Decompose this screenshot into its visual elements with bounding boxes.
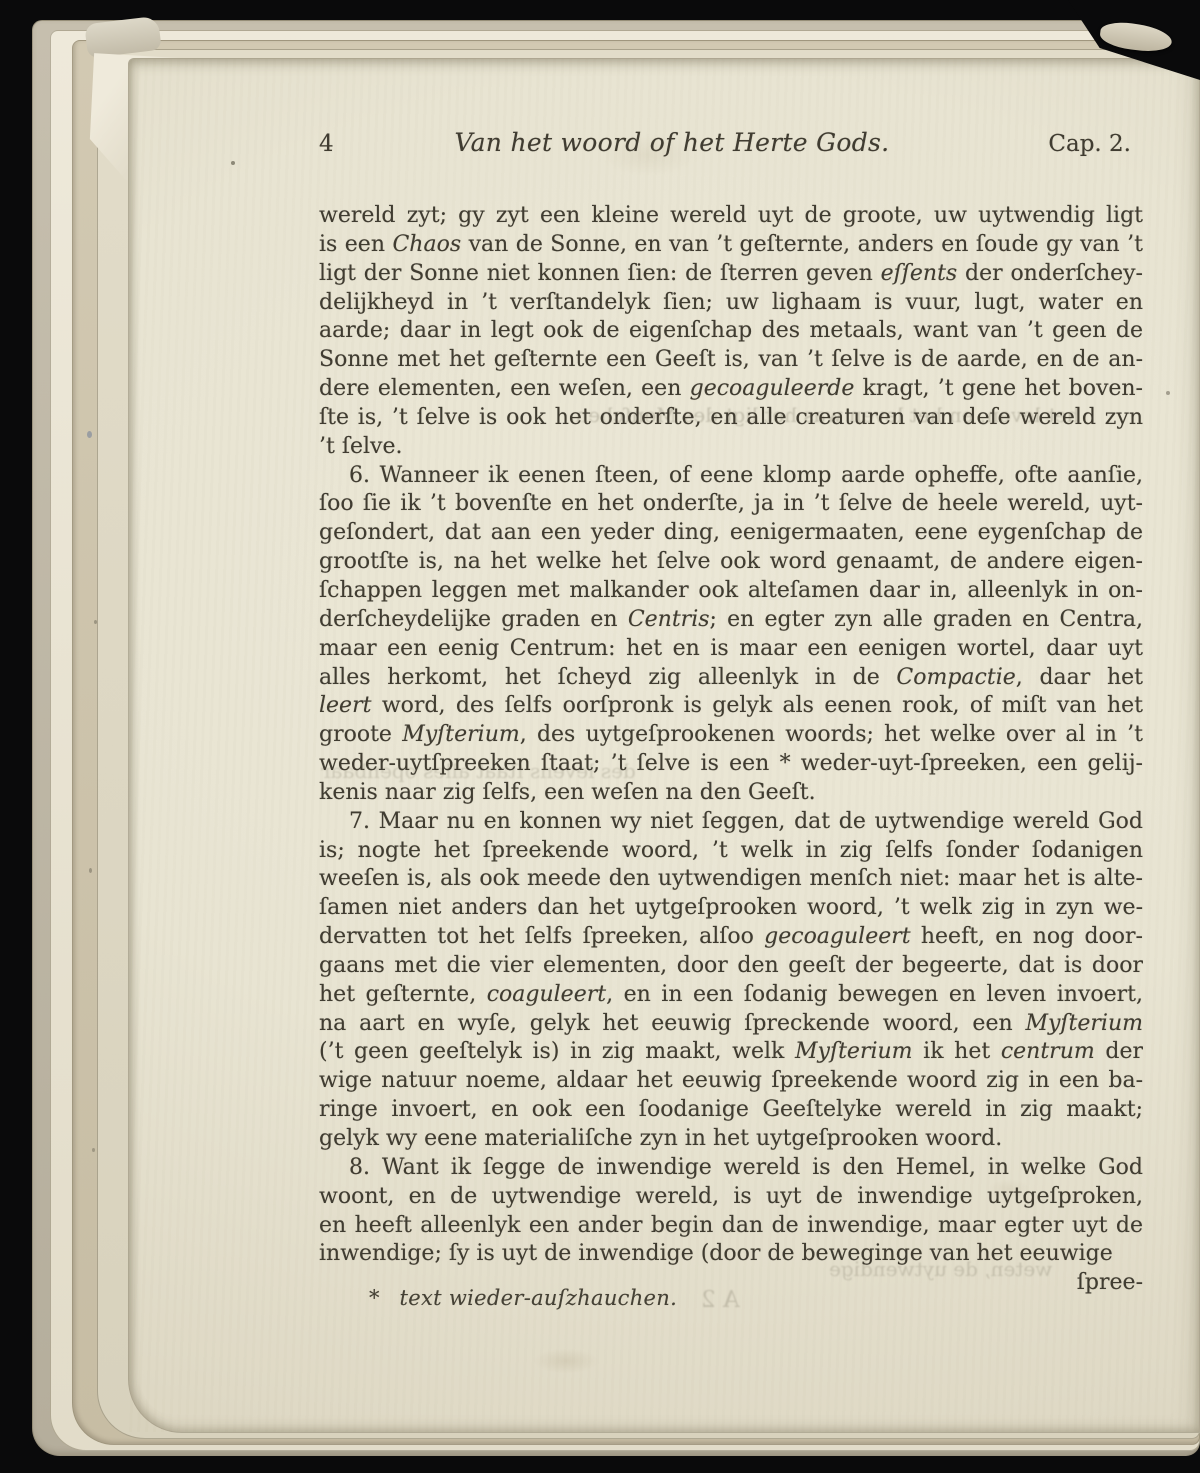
text-line: 7. Maar nu en konnen wy niet ſeggen, dat…: [319, 808, 1143, 837]
text-segment: Centris: [628, 607, 710, 632]
text-segment: ’t ſelve.: [319, 434, 402, 459]
text-segment: Chaos: [392, 232, 461, 257]
book-scan: het leven, en het leven was het ligt des…: [0, 0, 1200, 1473]
paper-speck: [92, 1148, 95, 1152]
text-segment: gaans met die vier elementen, door den g…: [319, 953, 1143, 978]
text-line: Sonne met het geſternte een Geeſt is, va…: [319, 346, 1143, 375]
page-header: 4 Van het woord of het Herte Gods. Cap. …: [319, 128, 1143, 160]
text-segment: weeſen is, als ook meede den uytwendigen…: [319, 866, 1143, 891]
text-segment: der onderſchey-: [957, 261, 1143, 286]
text-line: dervatten tot het ſelfs ſpreeken, alſoo …: [319, 923, 1143, 952]
text-line: ſamen niet anders dan het uytgeſprooken …: [319, 894, 1143, 923]
paper-speck: [87, 431, 92, 438]
text-segment: grootſte is, na het welke het ſelve ook …: [319, 549, 1143, 574]
text-segment: dervatten tot het ſelfs ſpreeken, alſoo: [319, 924, 764, 949]
text-line: 8. Want ik ſegge de inwendige wereld is …: [319, 1154, 1143, 1183]
text-line: en heeft alleenlyk een ander begin dan d…: [319, 1212, 1143, 1241]
text-segment: maar een eenig Centrum: het en is maar e…: [319, 636, 1143, 661]
paper-speck: [89, 868, 92, 873]
text-segment: groote: [319, 722, 402, 747]
main-page: het leven, en het leven was het ligt des…: [128, 58, 1200, 1433]
text-segment: , des uytgeſprookenen woords; het welke …: [520, 722, 1143, 747]
text-segment: aarde; daar in legt ook de eigenſchap de…: [319, 318, 1143, 343]
text-segment: gecoaguleerde: [690, 376, 855, 401]
text-segment: kenis naar zig ſelfs, een weſen na den G…: [319, 780, 816, 805]
text-line: grootſte is, na het welke het ſelve ook …: [319, 548, 1143, 577]
text-line: geſondert, dat aan een yeder ding, eenig…: [319, 519, 1143, 548]
footnote-text: text wieder-auſzhauchen.: [400, 1286, 678, 1310]
chapter-label: Cap. 2.: [981, 131, 1143, 157]
text-segment: dere elementen, een weſen, een: [319, 376, 690, 401]
text-segment: is een: [319, 232, 392, 257]
text-segment: , en in een ſodanig bewegen en leven inv…: [606, 982, 1143, 1007]
text-segment: en heeft alleenlyk een ander begin dan d…: [319, 1213, 1143, 1238]
text-segment: geſondert, dat aan een yeder ding, eenig…: [319, 520, 1143, 545]
text-line: wereld zyt; gy zyt een kleine wereld uyt…: [319, 202, 1143, 231]
text-segment: eſſents: [881, 261, 958, 286]
text-segment: ; en egter zyn alle graden en Centra,: [710, 607, 1143, 632]
text-line: is; nogte het ſpreekende woord, ’t welk …: [319, 837, 1143, 866]
footnote-marker: *: [369, 1286, 380, 1310]
text-segment: Compactie: [896, 665, 1015, 690]
text-segment: van de Sonne, en van ’t geſternte, ander…: [461, 232, 1143, 257]
text-segment: is; nogte het ſpreekende woord, ’t welk …: [319, 838, 1143, 863]
text-line: (’t geen geeſtelyk is) in zig maakt, wel…: [319, 1038, 1143, 1067]
text-segment: ſpree-: [1077, 1270, 1143, 1295]
text-block-lines: wereld zyt; gy zyt een kleine wereld uyt…: [319, 202, 1143, 1298]
text-line: weeſen is, als ook meede den uytwendigen…: [319, 865, 1143, 894]
text-line: maar een eenig Centrum: het en is maar e…: [319, 635, 1143, 664]
text-segment: Sonne met het geſternte een Geeſt is, va…: [319, 347, 1143, 372]
text-segment: na aart en wyſe, gelyk het eeuwig ſpreck…: [319, 1011, 1025, 1036]
text-segment: ik het: [913, 1039, 1001, 1064]
text-line: ſoo ſie ik ’t bovenſte en het onderſte, …: [319, 490, 1143, 519]
text-segment: wige natuur noeme, aldaar het eeuwig ſpr…: [319, 1068, 1143, 1093]
text-segment: gelyk wy eene materialiſche zyn in het u…: [319, 1126, 1002, 1151]
text-line: groote Myſterium, des uytgeſprookenen wo…: [319, 721, 1143, 750]
text-segment: 6. Wanneer ik eenen ſteen, of eene klomp…: [349, 463, 1143, 488]
text-segment: delijkheyd in ’t verſtandelyk ſien; uw l…: [319, 290, 1143, 315]
paper-speck: [231, 161, 235, 165]
text-segment: weder-uytſpreeken ſtaat; ’t ſelve is een…: [319, 751, 1143, 776]
text-line: ligt der Sonne niet konnen ſien: de ſter…: [319, 260, 1143, 289]
text-line: derſcheydelijke graden en Centris; en eg…: [319, 606, 1143, 635]
text-segment: alles herkomt, het ſcheyd zig alleenlyk …: [319, 665, 896, 690]
text-line: na aart en wyſe, gelyk het eeuwig ſpreck…: [319, 1010, 1143, 1039]
text-line: het geſternte, coaguleert, en in een ſod…: [319, 981, 1143, 1010]
text-segment: ſte is, ’t ſelve is ook het onderſte, en…: [319, 405, 1143, 430]
text-line: ſte is, ’t ſelve is ook het onderſte, en…: [319, 404, 1143, 433]
text-line: ’t ſelve.: [319, 433, 1143, 462]
text-segment: Myſterium: [402, 722, 520, 747]
text-segment: 8. Want ik ſegge de inwendige wereld is …: [349, 1155, 1143, 1180]
text-line: kenis naar zig ſelfs, een weſen na den G…: [319, 779, 1143, 808]
text-line: delijkheyd in ’t verſtandelyk ſien; uw l…: [319, 289, 1143, 318]
text-line: inwendige; ſy is uyt de inwendige (door …: [319, 1240, 1143, 1269]
page-number: 4: [319, 131, 389, 157]
text-segment: word, des ſelfs oorſpronk is gelyk als e…: [371, 693, 1143, 718]
text-segment: (’t geen geeſtelyk is) in zig maakt, wel…: [319, 1039, 795, 1064]
text-line: 6. Wanneer ik eenen ſteen, of eene klomp…: [319, 462, 1143, 491]
text-line: gelyk wy eene materialiſche zyn in het u…: [319, 1125, 1143, 1154]
text-segment: , daar het: [1016, 665, 1143, 690]
text-segment: ſchappen leggen met malkander ook alteſa…: [319, 578, 1143, 603]
text-line: woont, en de uytwendige wereld, is uyt d…: [319, 1183, 1143, 1212]
paper-speck: [94, 620, 97, 624]
text-line: aarde; daar in legt ook de eigenſchap de…: [319, 317, 1143, 346]
footnote: * text wieder-auſzhauchen.: [369, 1286, 677, 1310]
text-line: dere elementen, een weſen, een gecoagule…: [319, 375, 1143, 404]
text-segment: 7. Maar nu en konnen wy niet ſeggen, dat…: [349, 809, 1143, 834]
text-segment: coaguleert: [487, 982, 606, 1007]
text-segment: gecoaguleert: [764, 924, 910, 949]
text-line: weder-uytſpreeken ſtaat; ’t ſelve is een…: [319, 750, 1143, 779]
text-segment: ringe invoert, en ook een ſoodanige Geeſ…: [319, 1097, 1143, 1122]
text-segment: woont, en de uytwendige wereld, is uyt d…: [319, 1184, 1143, 1209]
text-segment: inwendige; ſy is uyt de inwendige (door …: [319, 1241, 1113, 1266]
running-title: Van het woord of het Herte Gods.: [389, 128, 981, 157]
text-line: ſchappen leggen met malkander ook alteſa…: [319, 577, 1143, 606]
text-segment: Myſterium: [1025, 1011, 1143, 1036]
text-segment: ſamen niet anders dan het uytgeſprooken …: [319, 895, 1143, 920]
text-line: gaans met die vier elementen, door den g…: [319, 952, 1143, 981]
text-segment: ligt der Sonne niet konnen ſien: de ſter…: [319, 261, 881, 286]
text-segment: heeft, en nog door-: [911, 924, 1143, 949]
text-segment: ſoo ſie ik ’t bovenſte en het onderſte, …: [319, 491, 1143, 516]
text-line: wige natuur noeme, aldaar het eeuwig ſpr…: [319, 1067, 1143, 1096]
text-segment: het geſternte,: [319, 982, 487, 1007]
text-column: 4 Van het woord of het Herte Gods. Cap. …: [319, 128, 1143, 1298]
text-segment: centrum: [1001, 1039, 1095, 1064]
text-segment: wereld zyt; gy zyt een kleine wereld uyt…: [319, 203, 1143, 228]
text-line: is een Chaos van de Sonne, en van ’t geſ…: [319, 231, 1143, 260]
text-segment: Myſterium: [795, 1039, 913, 1064]
text-segment: leert: [319, 693, 371, 718]
text-line: ringe invoert, en ook een ſoodanige Geeſ…: [319, 1096, 1143, 1125]
text-line: leert word, des ſelfs oorſpronk is gelyk…: [319, 692, 1143, 721]
text-segment: derſcheydelijke graden en: [319, 607, 628, 632]
paper-speck: [1166, 391, 1170, 395]
text-segment: kragt, ’t gene het boven-: [854, 376, 1143, 401]
text-line: alles herkomt, het ſcheyd zig alleenlyk …: [319, 664, 1143, 693]
